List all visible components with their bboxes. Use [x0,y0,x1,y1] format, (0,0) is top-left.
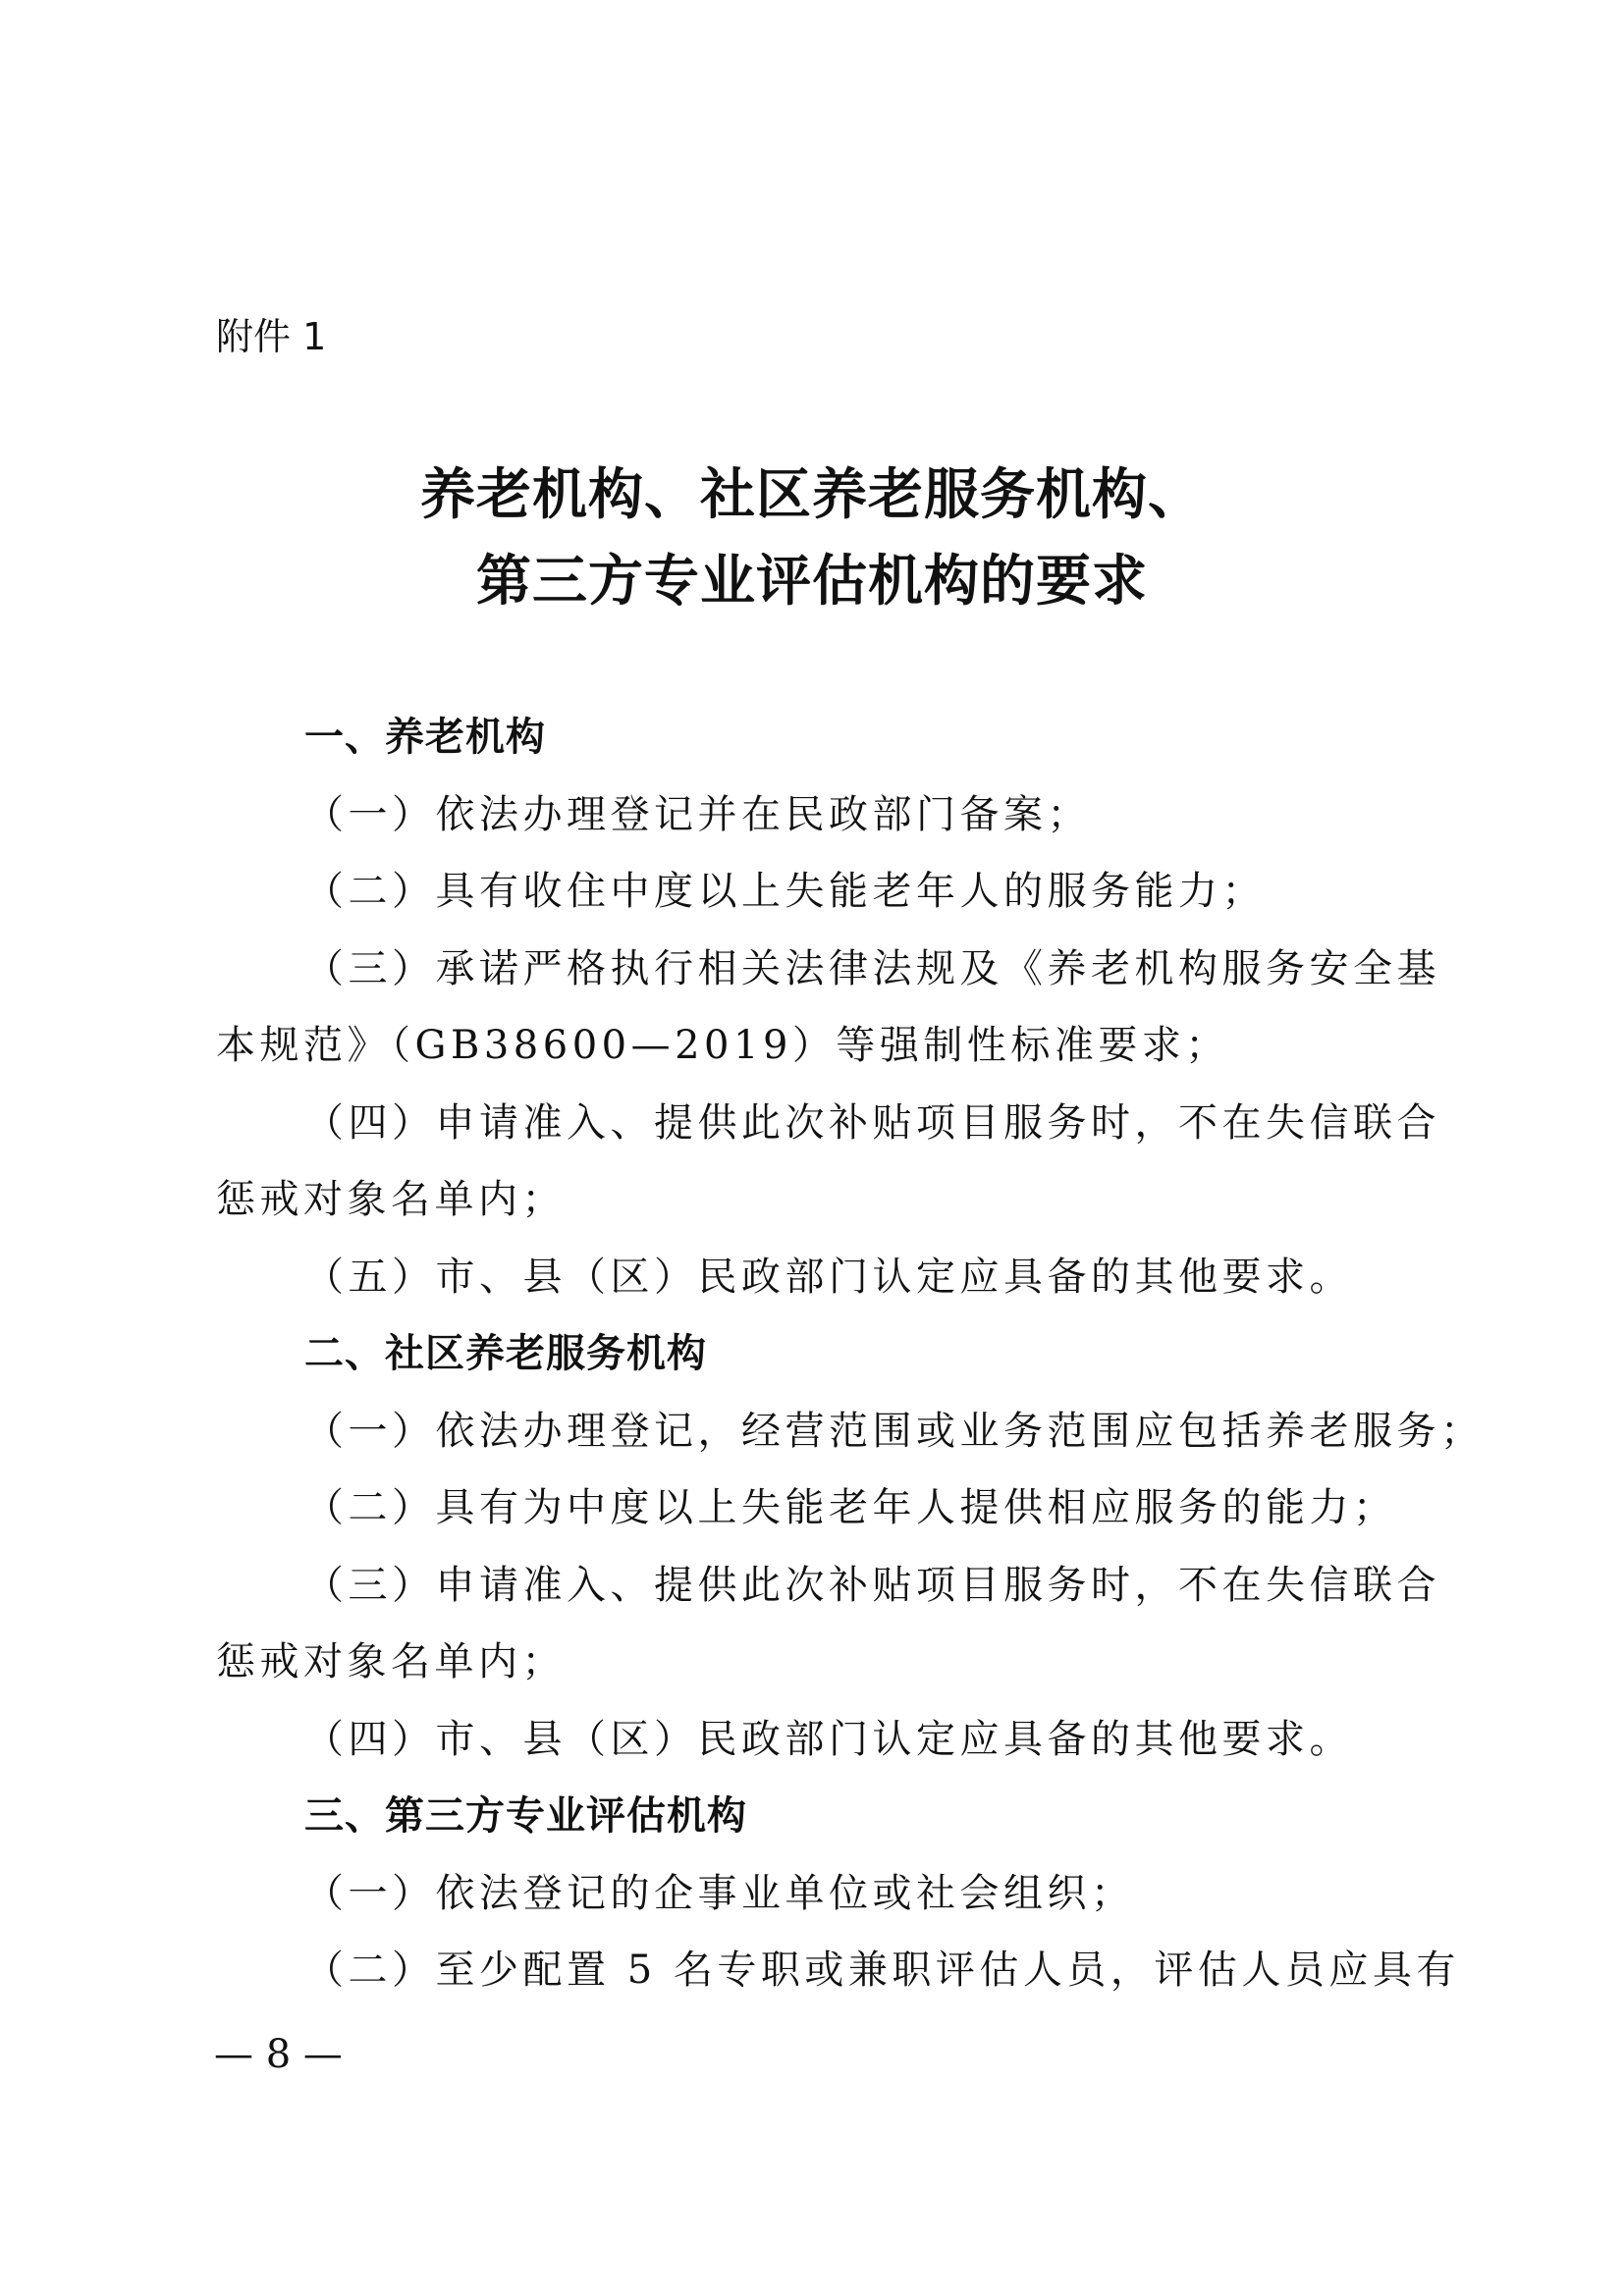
paragraph-line: （五）市、县（区）民政部门认定应具备的其他要求。 [216,1239,1434,1316]
paragraph-line: （三）申请准入、提供此次补贴项目服务时，不在失信联合 [216,1547,1434,1625]
paragraph-line: （二）具有为中度以上失能老年人提供相应服务的能力； [216,1469,1434,1547]
section-heading: 一、养老机构 [216,699,1434,776]
paragraph-line: （四）申请准入、提供此次补贴项目服务时，不在失信联合 [216,1085,1434,1162]
paragraph-line: （一）依法登记的企事业单位或社会组织； [216,1855,1434,1933]
paragraph-line: 本规范》（GB38600—2019）等强制性标准要求； [216,1007,1434,1085]
page-number: — 8 — [214,2030,343,2079]
document-page: 附件 1 养老机构、社区养老服务机构、 第三方专业评估机构的要求 一、养老机构 … [0,0,1624,2296]
paragraph-line: 惩戒对象名单内； [216,1161,1434,1239]
section-heading: 二、社区养老服务机构 [216,1315,1434,1393]
paragraph-line: （二）具有收住中度以上失能老年人的服务能力； [216,853,1434,931]
paragraph-line: （四）市、县（区）民政部门认定应具备的其他要求。 [216,1701,1434,1779]
section-heading: 三、第三方专业评估机构 [216,1778,1434,1855]
document-title: 养老机构、社区养老服务机构、 第三方专业评估机构的要求 [0,452,1624,624]
paragraph-line: （三）承诺严格执行相关法律法规及《养老机构服务安全基 [216,931,1434,1008]
paragraph-line: （一）依法办理登记，经营范围或业务范围应包括养老服务； [216,1393,1434,1470]
paragraph-line: 惩戒对象名单内； [216,1624,1434,1701]
document-body: 一、养老机构 （一）依法办理登记并在民政部门备案； （二）具有收住中度以上失能老… [216,699,1434,2009]
attachment-label: 附件 1 [216,312,326,361]
title-line-2: 第三方专业评估机构的要求 [0,538,1624,624]
paragraph-line: （二）至少配置 5 名专职或兼职评估人员，评估人员应具有 [216,1932,1434,2009]
paragraph-line: （一）依法办理登记并在民政部门备案； [216,776,1434,854]
title-line-1: 养老机构、社区养老服务机构、 [0,452,1624,538]
